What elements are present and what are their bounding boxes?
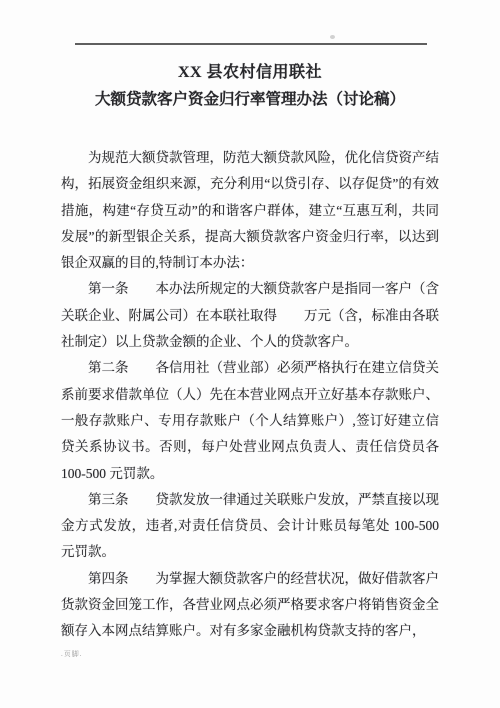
doc-title-main: 大额贷款客户资金归行率管理办法（讨论稿） [0, 87, 500, 109]
scan-artifact-dot [330, 35, 335, 39]
paragraph: 第三条 贷款发放一律通过关联账户发放，严禁直接以现金方式发放，违者,对责任信贷员… [61, 487, 439, 566]
paragraph: 第一条 本办法所规定的大额贷款客户是指同一客户（含关联企业、附属公司）在本联社取… [61, 276, 439, 355]
doc-title-organization: XX 县农村信用联社 [0, 59, 500, 82]
document-page: XX 县农村信用联社 大额贷款客户资金归行率管理办法（讨论稿） 为规范大额贷款管… [0, 0, 500, 708]
paragraph: 第二条 各信用社（营业部）必须严格执行在建立信贷关系前要求借款单位（人）先在本营… [61, 355, 439, 486]
paragraph: 为规范大额贷款管理，防范大额贷款风险，优化信贷资产结构，拓展资金组织来源，充分利… [61, 145, 439, 276]
paragraph: 第四条 为掌握大额贷款客户的经营状况，做好借款客户货款资金回笼工作，各营业网点必… [61, 566, 439, 645]
document-body: 为规范大额贷款管理，防范大额贷款风险，优化信贷资产结构，拓展资金组织来源，充分利… [61, 145, 439, 645]
footer-placeholder: .页脚. [61, 649, 83, 659]
header-rule [75, 43, 427, 45]
